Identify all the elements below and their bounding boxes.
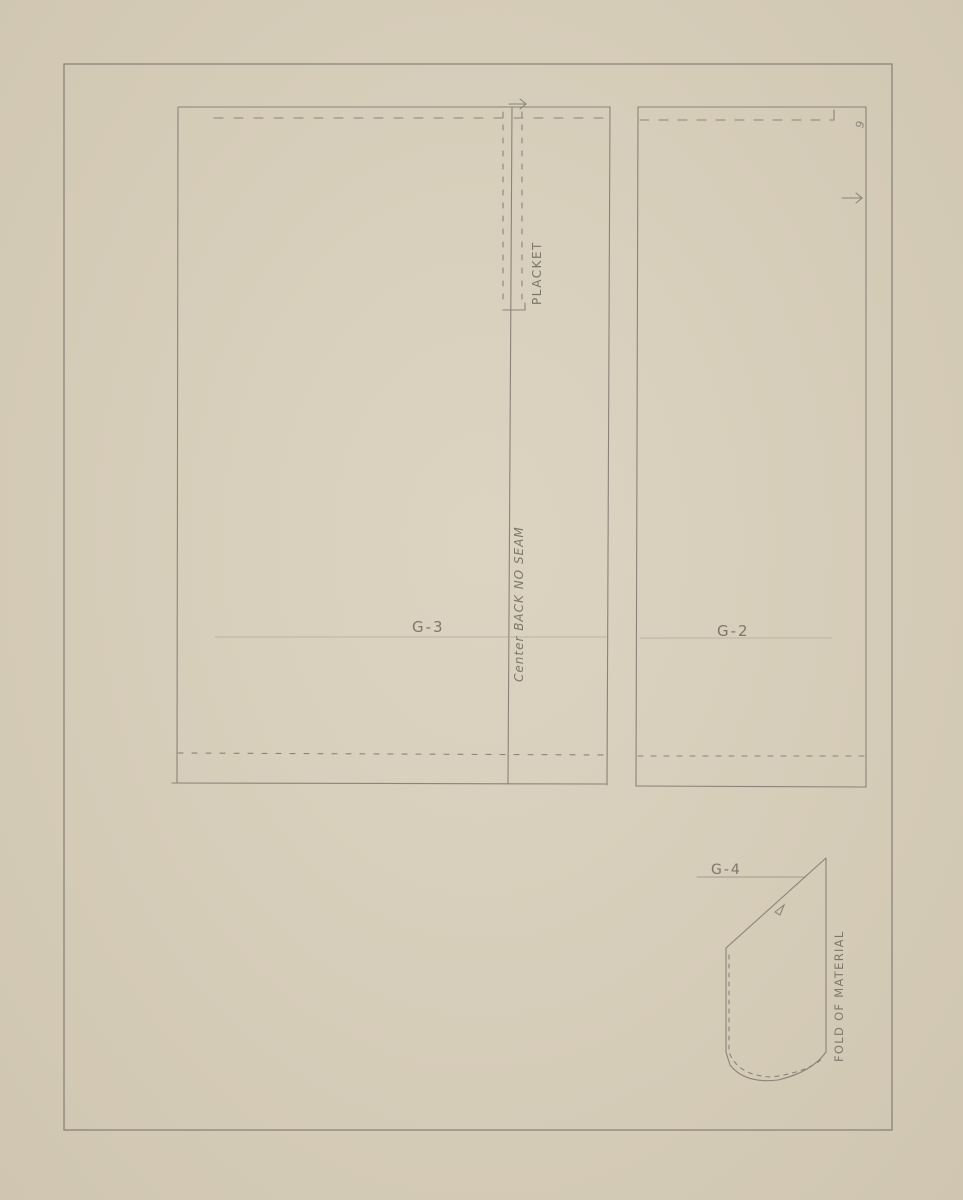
piece-g4-outline	[697, 858, 826, 1081]
piece-label-g2: G-2	[717, 622, 750, 640]
sheet-border	[64, 64, 892, 1130]
pattern-drawing: 9	[0, 0, 963, 1200]
svg-text:9: 9	[853, 119, 868, 130]
center-back-annotation: Center BACK NO SEAM	[512, 526, 526, 682]
piece-label-g4: G-4	[711, 862, 742, 878]
placket-annotation: PLACKET	[530, 241, 544, 305]
piece-label-g3: G-3	[412, 618, 445, 636]
piece-g2-outline	[636, 107, 866, 787]
piece-g3-outline	[172, 99, 610, 785]
fold-annotation: FOLD OF MATERIAL	[832, 930, 846, 1062]
